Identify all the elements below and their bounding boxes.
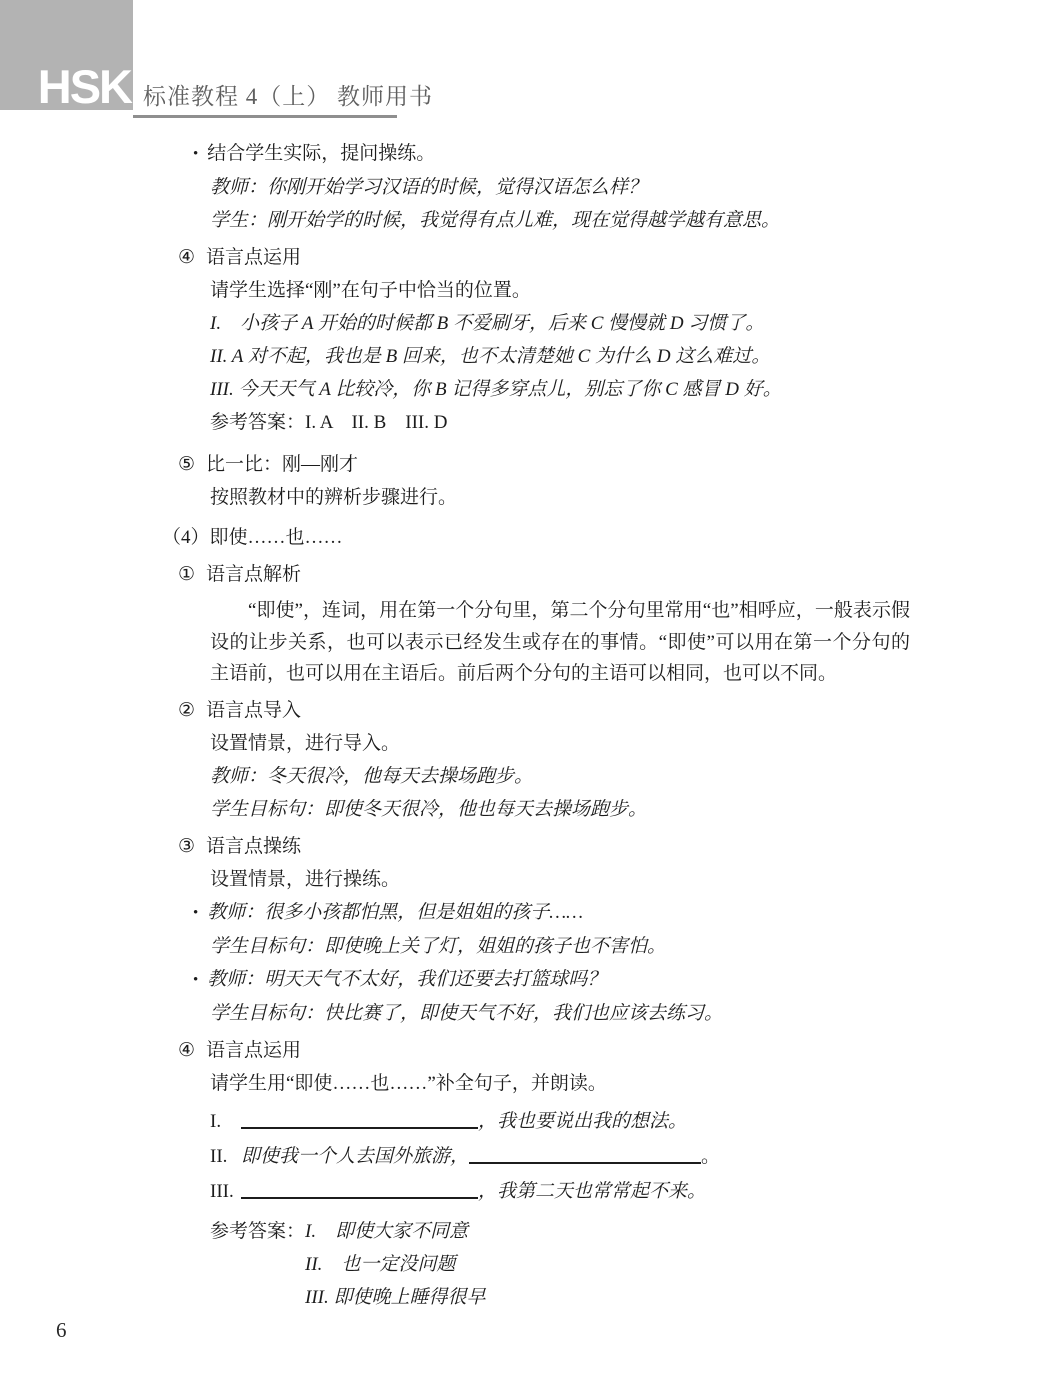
step-title: 语言点运用 bbox=[206, 247, 301, 268]
page-content: •结合学生实际，提问操练。 教师：你刚开始学习汉语的时候，觉得汉语怎么样？ 学生… bbox=[162, 137, 922, 1314]
circled-number: ⑤ bbox=[178, 448, 195, 481]
circled-number: ② bbox=[178, 694, 195, 727]
exercise-item-2: II. A 对不起，我也是 B 回来，也不太清楚她 C 为什么 D 这么难过。 bbox=[162, 340, 922, 373]
step-1-heading: ①语言点解析 bbox=[162, 558, 922, 591]
circled-number: ③ bbox=[178, 830, 195, 863]
fill-label: III. bbox=[210, 1174, 241, 1209]
step-3-text: 设置情景，进行操练。 bbox=[162, 863, 922, 896]
fill-item-1: I.，我也要说出我的想法。 bbox=[162, 1104, 922, 1139]
reference-answer-line: 参考答案：I. A II. B III. D bbox=[162, 406, 922, 439]
fill-blank bbox=[241, 1125, 478, 1129]
step-4-heading: ④语言点运用 bbox=[162, 241, 922, 274]
answer-item-1: I. 即使大家不同意 bbox=[305, 1215, 485, 1248]
bullet-icon: • bbox=[193, 138, 198, 171]
circled-number: ④ bbox=[178, 241, 195, 274]
hsk-logo: HSK bbox=[38, 63, 131, 110]
hsk-logo-block: HSK bbox=[0, 0, 133, 110]
fill-blank bbox=[469, 1160, 701, 1164]
bullet-icon: • bbox=[193, 964, 198, 997]
circled-number: ④ bbox=[178, 1034, 195, 1067]
fill-after-text: ，我第二天也常常起不来。 bbox=[478, 1181, 706, 1202]
grammar-explanation: “即使”，连词，用在第一个分句里，第二个分句里常用“也”相呼应，一般表示假设的让… bbox=[162, 595, 910, 690]
teacher-text: 教师：很多小孩都怕黑，但是姐姐的孩子…… bbox=[207, 902, 583, 923]
step-title: 语言点操练 bbox=[206, 836, 301, 857]
teacher-line: 教师：你刚开始学习汉语的时候，觉得汉语怎么样？ bbox=[162, 171, 922, 204]
teacher-line: 教师：冬天很冷，他每天去操场跑步。 bbox=[162, 760, 922, 793]
step-3-heading: ③语言点操练 bbox=[162, 830, 922, 863]
drill-2-student-line: 学生目标句：快比赛了，即使天气不好，我们也应该去练习。 bbox=[162, 997, 922, 1030]
drill-bullet-line: •结合学生实际，提问操练。 bbox=[162, 137, 922, 171]
step-4b-heading: ④语言点运用 bbox=[162, 1034, 922, 1067]
answers-label: 参考答案： bbox=[210, 1215, 305, 1314]
fill-blank bbox=[241, 1195, 478, 1199]
fill-item-2: II.即使我一个人去国外旅游，。 bbox=[162, 1139, 922, 1174]
answer-item-2: II. 也一定没问题 bbox=[305, 1248, 485, 1281]
grammar-point-heading: （4）即使……也…… bbox=[162, 521, 922, 554]
student-target-line: 学生目标句：即使冬天很冷，他也每天去操场跑步。 bbox=[162, 793, 922, 826]
fill-before-text: 即使我一个人去国外旅游， bbox=[241, 1146, 469, 1167]
step-title: 比一比：刚—刚才 bbox=[206, 454, 358, 475]
fill-label: II. bbox=[210, 1139, 241, 1174]
answers-list: I. 即使大家不同意 II. 也一定没问题 III. 即使晚上睡得很早 bbox=[305, 1215, 485, 1314]
header-rule bbox=[133, 115, 397, 118]
step-2-text: 设置情景，进行导入。 bbox=[162, 727, 922, 760]
step-4-intro: 请学生选择“刚”在句子中恰当的位置。 bbox=[162, 274, 922, 307]
bullet-icon: • bbox=[193, 897, 198, 930]
page-number: 6 bbox=[56, 1318, 67, 1343]
circled-number: ① bbox=[178, 558, 195, 591]
page-header-title: 标准教程 4（上） 教师用书 bbox=[143, 78, 433, 111]
fill-label: I. bbox=[210, 1104, 241, 1139]
student-line: 学生：刚开始学的时候，我觉得有点儿难，现在觉得越学越有意思。 bbox=[162, 204, 922, 237]
answer-item-3: III. 即使晚上睡得很早 bbox=[305, 1281, 485, 1314]
reference-answers-block: 参考答案： I. 即使大家不同意 II. 也一定没问题 III. 即使晚上睡得很… bbox=[162, 1215, 922, 1314]
step-2-heading: ②语言点导入 bbox=[162, 694, 922, 727]
step-title: 语言点解析 bbox=[206, 564, 301, 585]
drill-bullet-text: 结合学生实际，提问操练。 bbox=[207, 143, 435, 164]
exercise-item-1: I. 小孩子 A 开始的时候都 B 不爱刷牙，后来 C 慢慢就 D 习惯了。 bbox=[162, 307, 922, 340]
step-5-text: 按照教材中的辨析步骤进行。 bbox=[162, 481, 922, 514]
step-title: 语言点导入 bbox=[206, 700, 301, 721]
teacher-text: 教师：明天天气不太好，我们还要去打篮球吗？ bbox=[207, 969, 606, 990]
step-5-heading: ⑤比一比：刚—刚才 bbox=[162, 448, 922, 481]
exercise-item-3: III. 今天天气 A 比较冷，你 B 记得多穿点儿，别忘了你 C 感冒 D 好… bbox=[162, 373, 922, 406]
fill-item-3: III.，我第二天也常常起不来。 bbox=[162, 1174, 922, 1209]
fill-after-text: 。 bbox=[701, 1146, 720, 1167]
drill-1-student-line: 学生目标句：即使晚上关了灯，姐姐的孩子也不害怕。 bbox=[162, 930, 922, 963]
step-4b-text: 请学生用“即使……也……”补全句子，并朗读。 bbox=[162, 1067, 922, 1100]
drill-2-teacher-line: •教师：明天天气不太好，我们还要去打篮球吗？ bbox=[162, 963, 922, 997]
step-title: 语言点运用 bbox=[206, 1040, 301, 1061]
fill-after-text: ，我也要说出我的想法。 bbox=[478, 1111, 687, 1132]
drill-1-teacher-line: •教师：很多小孩都怕黑，但是姐姐的孩子…… bbox=[162, 896, 922, 930]
